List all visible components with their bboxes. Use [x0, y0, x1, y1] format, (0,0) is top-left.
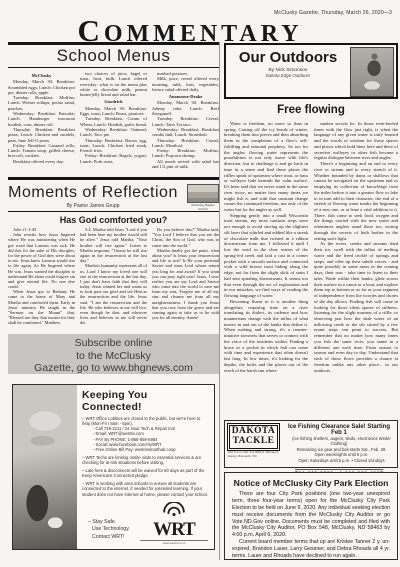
- subscribe-line-1: Subscribe online: [8, 337, 219, 350]
- wrt-ad-title: Keeping You Connected!: [82, 389, 209, 413]
- menu-line: Tuesday: Breakfast: Cream of Wheat; Lunc…: [80, 116, 147, 127]
- wrt-logo-text: WRT: [140, 521, 208, 538]
- reflection-paragraph: When Jesus got to Bethany He came to the…: [8, 289, 75, 325]
- rule: [8, 177, 219, 180]
- menu-line: McClusky: [8, 73, 75, 78]
- menu-line: Monday, March 30: Breakfast: Eggs, toast…: [80, 106, 147, 117]
- article-body: Water is freedom, no more so than in spr…: [224, 121, 398, 414]
- dakota-tackle-logo-frame: DAKOTA TACKLE: [229, 425, 278, 449]
- menu-columns: McCluskyMonday, March 30: Breakfast: Scr…: [8, 71, 219, 174]
- menu-line: two choices of juice, bagel or toast, fr…: [80, 71, 147, 97]
- notice-title: Notice of McClusky City Park Election: [232, 478, 390, 488]
- dakota-ad-line: Open Saturdays until 5 p.m. • Closed Sun…: [285, 458, 393, 463]
- newspaper-page: McClusky Gazette, Thursday, March 26, 20…: [0, 0, 400, 567]
- subscribe-line-3: Gazette, go to www.bhgnews.com: [8, 362, 219, 375]
- dakota-logo-line-2: TACKLE: [230, 437, 277, 447]
- menu-line: Tuesday: Breakfast: Cereal; Lunch: Tater…: [152, 116, 219, 127]
- wrt-closing-lines: – Stay Safe.Use Technology.Contact WRT!: [83, 519, 130, 542]
- menu-line: Friday: Breakfast: Bagels, yogurt; Lunch…: [80, 153, 147, 164]
- menu-line: Wednesday: Breakfast: Breakfast combo li…: [152, 127, 219, 138]
- wrt-logo-url: www.westriv.com: [140, 540, 208, 546]
- menu-line: Monday, March 30: Breakfast: Scrambled e…: [8, 79, 75, 95]
- article-paragraph: Becoming fluent in it is another thing a…: [224, 299, 308, 374]
- our-outdoors-header: Our Outdoors By Nick Simonson Dakota Edg…: [224, 43, 398, 99]
- school-menus-title: School Menus: [8, 46, 219, 66]
- our-outdoors-title: Our Outdoors: [226, 49, 350, 66]
- church-photo: [187, 184, 219, 203]
- reflection-column-3: Do you believe this?" Martha said, "You …: [152, 227, 219, 330]
- reflection-paragraph: 5:4. Martha told Jesus "Lord if you had …: [80, 227, 147, 263]
- rule: [8, 67, 219, 68]
- reflection-byline: By Pastor James Grupp: [8, 203, 178, 209]
- reflection-header: Moments of Reflection By Pastor James Gr…: [8, 184, 219, 211]
- menu-line: Wednesday: Breakfast: Pancake; Lunch: Ha…: [8, 111, 75, 127]
- reflection-column-1: John 11:1-45John reveals how Jesus linge…: [8, 227, 75, 330]
- wrt-closing-line: Use Technology.: [83, 526, 130, 534]
- subscribe-banner: Subscribe online to the McClusky Gazette…: [8, 334, 219, 374]
- menu-line: Monday, March 30: Breakfast: Johnny cake…: [152, 100, 219, 116]
- menu-line: Tuesday: Breakfast: Muffins; Lunch: Wien…: [8, 95, 75, 111]
- rule: [8, 42, 219, 45]
- column-divider: [219, 42, 220, 560]
- dakota-ad-body: Ice Fishing Clearance Sale! Starting Feb…: [281, 421, 397, 467]
- wifi-icon: [154, 502, 194, 516]
- our-outdoors-titles: Our Outdoors By Nick Simonson Dakota Edg…: [226, 49, 350, 78]
- dakota-ad-line: (ice fishing shelters, augers, sleds, el…: [285, 436, 393, 447]
- menu-line: Thursday: Breakfast: Cereal; Lunch: Meat…: [152, 138, 219, 149]
- dakota-tackle-logo: DAKOTA TACKLE M-F 9 a.m.-Sat. 9-6 3081 E…: [225, 421, 281, 467]
- wrt-advertisement: Keeping You Connected! – WRT Office Lobb…: [12, 384, 215, 550]
- wrt-logo: WRT www.westriv.com: [140, 502, 208, 545]
- notice-body: There are four City Park positions (one …: [232, 491, 390, 560]
- menu-line: Goodrich: [80, 99, 147, 104]
- dakota-address: M-F 9 a.m.-Sat. 9-6 3081 E. Bismarck Exp…: [228, 451, 279, 458]
- menu-line: Thursday: Breakfast: Bacon, egg, toast; …: [80, 138, 147, 154]
- notice-paragraph: There are four City Park positions (one …: [232, 491, 390, 539]
- menu-line: Wednesday: Breakfast: Oatmeal; Lunch: Ta…: [80, 127, 147, 138]
- wrt-bullet: – Late fees & disconnects will be waived…: [82, 468, 209, 479]
- reflection-paragraph: Martha finally got the point, what about…: [152, 248, 219, 321]
- wrt-closing-line: – Stay Safe.: [83, 519, 130, 527]
- article-paragraph: sunken secrets lie. In those even-keeled…: [314, 121, 398, 161]
- article-paragraph: Water is freedom, no more so than in spr…: [224, 121, 308, 213]
- wrt-closing-line: Contact WRT!: [83, 534, 130, 542]
- menu-line: Anamoose-Drake: [152, 94, 219, 99]
- article-paragraph: As the rivers, creeks and streams shed t…: [314, 241, 398, 373]
- article-paragraph: There's a beginning and an end to every …: [314, 161, 398, 241]
- article-column-2: sunken secrets lie. In those even-keeled…: [314, 121, 398, 414]
- cap-and-phone-photo: [13, 385, 77, 549]
- park-election-notice: Notice of McClusky City Park Election Th…: [224, 472, 398, 560]
- subscribe-line-2: to the McClusky: [8, 350, 219, 363]
- rule: [8, 211, 219, 212]
- menu-column-2: two choices of juice, bagel or toast, fr…: [80, 71, 147, 174]
- dakota-tackle-advertisement: DAKOTA TACKLE M-F 9 a.m.-Sat. 9-6 3081 E…: [224, 420, 398, 468]
- church-photo-caption: McClusky Baptist Church: [187, 203, 219, 211]
- dakota-ad-lines: (ice fishing shelters, augers, sleds, el…: [285, 436, 393, 463]
- article-column-1: Water is freedom, no more so than in spr…: [224, 121, 308, 414]
- reflection-paragraph: Martha's humanity represents all of us. …: [80, 263, 147, 325]
- menu-line: All meals served with salad bar and 1/2 …: [152, 159, 219, 170]
- wrt-bullet: – WRT Techs are limiting onsite visits t…: [82, 455, 209, 466]
- menu-line: Friday: Breakfast: Muffins; Lunch: Popco…: [152, 148, 219, 159]
- school-menus-section: School Menus McCluskyMonday, March 30: B…: [8, 42, 219, 182]
- notice-paragraph: Current board member terms that up are K…: [232, 539, 390, 560]
- menu-column-3: mashed potatoes.Milk, juice, cereal offe…: [152, 71, 219, 174]
- menu-line: Breakfast offered every day:: [8, 159, 75, 164]
- article-headline: Free flowing: [224, 104, 398, 116]
- menu-line: Thursday: Breakfast: Breakfast pizza; Lu…: [8, 127, 75, 143]
- wrt-bullet: – WRT Office Lobbies are closed to the p…: [82, 416, 209, 427]
- article-paragraph: Stepping gently into a small Wisconsin t…: [224, 213, 308, 299]
- reflection-columns: John 11:1-45John reveals how Jesus linge…: [8, 227, 219, 330]
- wrt-ad-bullets: – WRT Office Lobbies are closed to the p…: [82, 416, 209, 497]
- wrt-bullet: - Free Online Bill Pay: westrivsmarthub.…: [82, 447, 209, 452]
- reflection-title: Moments of Reflection: [8, 184, 178, 202]
- menu-line: Milk, juice, cereal offered every mornin…: [152, 76, 219, 92]
- wrt-ad-body: Keeping You Connected! – WRT Office Lobb…: [77, 385, 214, 549]
- menu-column-1: McCluskyMonday, March 30: Breakfast: Scr…: [8, 71, 75, 174]
- our-outdoors-org: Dakota Edge Outdoors: [226, 73, 350, 78]
- reflection-headline: Has God comforted you?: [8, 215, 219, 225]
- reflection-paragraph: John reveals how Jesus lingered where He…: [8, 232, 75, 289]
- menu-line: Friday: Breakfast: Caramel rolls; Lunch:…: [8, 143, 75, 159]
- wrt-bullet: – WRT is working with area schools to en…: [82, 481, 209, 497]
- reflection-column-2: 5:4. Martha told Jesus "Lord if you had …: [80, 227, 147, 330]
- reflection-paragraph: Do you believe this?" Martha said, "You …: [152, 227, 219, 248]
- dakota-ad-headline: Ice Fishing Clearance Sale! Starting Feb…: [285, 424, 393, 436]
- angler-with-fish-photo: [350, 47, 394, 97]
- moments-of-reflection-section: Moments of Reflection By Pastor James Gr…: [8, 184, 219, 330]
